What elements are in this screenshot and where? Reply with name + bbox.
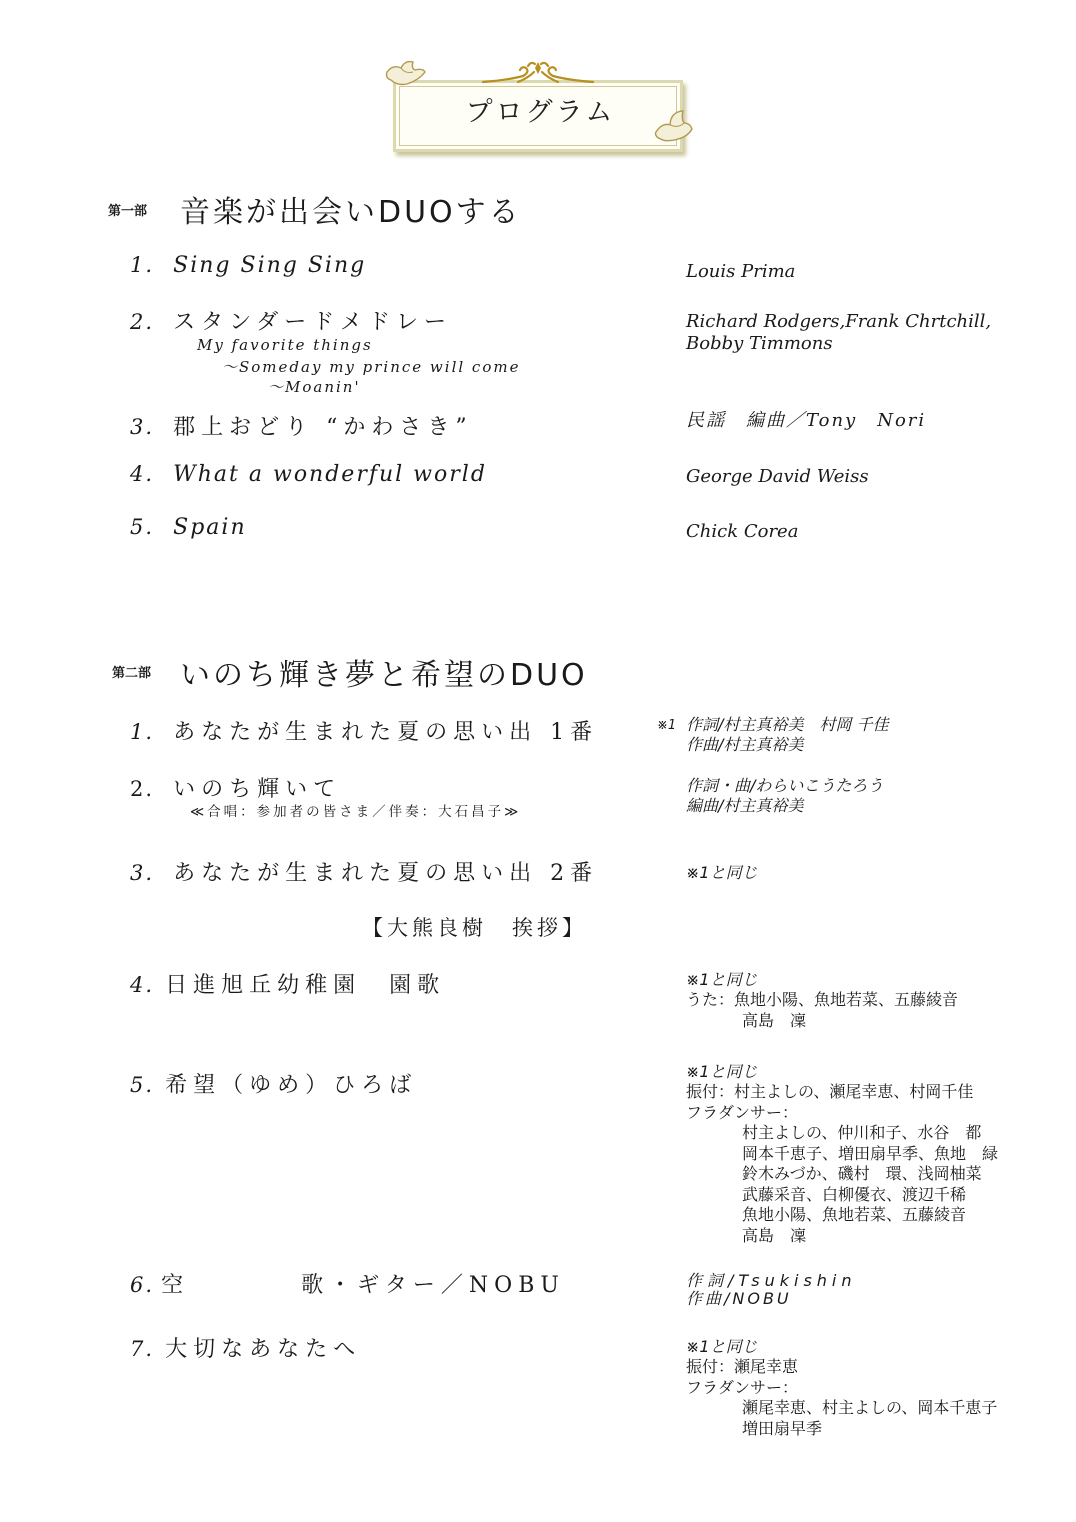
item-credit: Louis Prima [686,261,795,283]
item-title: 大切なあなたへ [165,1337,361,1362]
item-number: 3. [130,415,154,439]
program-item: 3. 郡上おどり “かわさき” [130,410,473,441]
banner-title: プログラム [383,90,698,129]
item-number: 3. [130,861,154,885]
program-item: 3. あなたが生まれた夏の思い出 2番 [130,856,598,887]
dancer-line: 魚地小陽、魚地若菜、五藤綾音 [686,1205,998,1226]
item-title: 希望（ゆめ）ひろば [165,1073,417,1098]
item-title: あなたが生まれた夏の思い出 2番 [173,861,598,886]
dancer-line: 瀬尾幸恵、村主よしの、岡本千恵子 [686,1398,997,1419]
item-number: 1. [130,720,154,744]
dancers-label: フラダンサー： [686,1103,998,1124]
program-item: 5. 希望（ゆめ）ひろば [130,1068,417,1099]
program-item: 1. あなたが生まれた夏の思い出 1番 [130,715,598,746]
item-credit: Chick Corea [686,521,798,543]
item-credit: 作詞・曲/わらいこうたろう 編曲/村主真裕美 [686,776,883,816]
item-title: 日進旭丘幼稚園 園歌 [165,973,445,998]
item-credit: ※1と同じ [686,863,758,883]
medley-song: My favorite things [197,336,373,354]
item-title: 空 歌・ギター／NOBU [161,1273,565,1298]
part-title: いのち輝き夢と希望のDUO [180,650,588,694]
credit-line: ※1と同じ [686,970,958,990]
item-number: 4. [130,973,154,997]
credit-line: 作詞/村主真裕美 村岡 千佳 [686,715,888,735]
item-credit: 作詞/村主真裕美 村岡 千佳 作曲/村主真裕美 [686,715,888,755]
program-item: 4. What a wonderful world [130,462,487,487]
footnote-marker: ※1 [657,716,676,736]
dancer-line: 村主よしの、仲川和子、水谷 都 [686,1123,998,1144]
medley-song: ～Moanin' [268,376,361,397]
medley-song: ～Someday my prince will come [222,356,520,377]
item-credit: ※1と同じ 振付：村主よしの、瀬尾幸恵、村岡千佳 フラダンサー： 村主よしの、仲… [686,1062,998,1246]
credit-line: 作詞/Tsukishin [686,1271,857,1291]
dancers-label: フラダンサー： [686,1378,997,1399]
credit-line: Richard Rodgers,Frank Chrtchill, [686,311,991,333]
item-title: あなたが生まれた夏の思い出 1番 [173,720,598,745]
program-item: 4. 日進旭丘幼稚園 園歌 [130,968,445,999]
dancer-line: 鈴木みづか、磯村 環、浅岡柚菜 [686,1164,998,1185]
item-title: Spain [173,515,246,540]
item-number: 2. [130,777,154,801]
dove-icon [383,58,427,94]
item-credit: George David Weiss [686,466,869,488]
ornament-icon [478,58,598,88]
program-banner: プログラム [383,58,698,158]
item-number: 4. [130,462,154,486]
dancer-line: 増田扇早季 [686,1419,997,1440]
item-number: 7. [130,1337,154,1361]
credit-line: 作曲/NOBU [686,1289,857,1309]
performer-line: うた：魚地小陽、魚地若菜、五藤綾音 [686,990,958,1011]
dancer-line: 岡本千恵子、増田扇早季、魚地 緑 [686,1144,998,1165]
item-credit: ※1と同じ うた：魚地小陽、魚地若菜、五藤綾音 高島 凜 [686,970,958,1031]
dancer-line: 武藤采音、白柳優衣、渡辺千稀 [686,1185,998,1206]
choreography-line: 振付：瀬尾幸恵 [686,1357,997,1378]
item-credit: ※1と同じ 振付：瀬尾幸恵 フラダンサー： 瀬尾幸恵、村主よしの、岡本千恵子 増… [686,1337,997,1439]
item-title: What a wonderful world [173,462,487,487]
item-title: Sing Sing Sing [173,253,366,278]
credit-line: Bobby Timmons [686,333,991,355]
program-item: 2. いのち輝いて [130,772,341,803]
item-credit: Richard Rodgers,Frank Chrtchill, Bobby T… [686,311,991,355]
item-number: 6. [130,1273,154,1297]
item-number: 1. [130,253,154,277]
program-item: 7. 大切なあなたへ [130,1332,361,1363]
part-label: 第二部 [112,662,151,681]
part-label: 第一部 [108,200,147,219]
credit-line: ※1と同じ [686,1337,997,1357]
program-item: 2. スタンダードメドレー [130,305,452,336]
part-title: 音楽が出会いDUOする [180,187,522,231]
item-title: いのち輝いて [173,777,341,802]
item-credit: 民謡 編曲／Tony Nori [686,410,926,432]
item-number: 5. [130,515,154,539]
item-title: 郡上おどり “かわさき” [173,415,473,440]
dancer-line: 高島 凜 [686,1226,998,1247]
credit-line: 作曲/村主真裕美 [686,735,888,755]
item-credit: 作詞/Tsukishin 作曲/NOBU [686,1271,857,1309]
chorus-note: ≪合唱：参加者の皆さま／伴奏：大石昌子≫ [190,800,521,820]
credit-line: ※1と同じ [686,1062,998,1082]
credit-line: 作詞・曲/わらいこうたろう [686,776,883,796]
item-number: 2. [130,310,154,334]
item-title: スタンダードメドレー [173,310,452,335]
program-item: 5. Spain [130,515,247,540]
program-item: 6. 空 歌・ギター／NOBU [130,1268,565,1299]
performer-line: 高島 凜 [686,1011,958,1032]
item-number: 5. [130,1073,154,1097]
credit-line: 編曲/村主真裕美 [686,796,883,816]
program-item: 1. Sing Sing Sing [130,253,366,278]
choreography-line: 振付：村主よしの、瀬尾幸恵、村岡千佳 [686,1082,998,1103]
greeting-announcement: 【大熊良樹 挨拶】 [362,912,587,942]
